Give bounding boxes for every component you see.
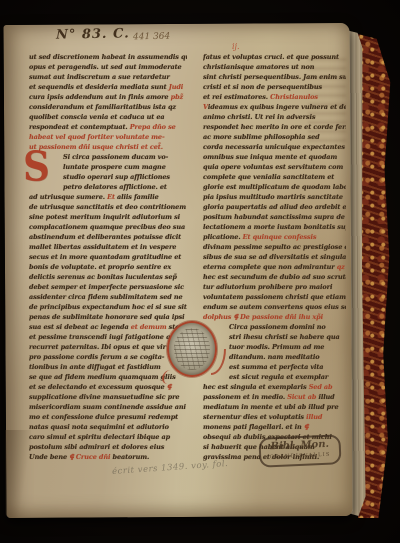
manuscript-text-line: Videamus ex quibus ingere vulnera et de <box>203 102 346 112</box>
manuscript-text-line: ut sed discretionem habeat in assumendis… <box>29 52 187 62</box>
shelfmark-number: 441 364 <box>133 32 170 43</box>
illuminated-initial-s: S <box>23 144 50 189</box>
manuscript-text-line: natas quasi nota sequimini et adiutorio <box>29 422 187 432</box>
manuscript-text-line: cristi et si non de persequentibus <box>203 82 346 92</box>
manuscript-text-line: ut passionem dñi usque christi et cet̃. <box>29 142 187 152</box>
manuscript-text-line: opus et peragendis. ut sed aut immoderat… <box>29 62 187 72</box>
manuscript-text-line: hec est secundum de dubio ad suo scrutan <box>203 272 346 282</box>
manuscript-text-line: eterna complete que non admirantur qz <box>203 262 346 272</box>
manuscript-text-line: sternentur dies et voluptatis illud <box>203 412 346 422</box>
manuscript-text-line: complete que venialia sanctitatem et <box>203 172 346 182</box>
manuscript-text-line: misericordiam suam continende assidue an… <box>29 402 187 412</box>
manuscript-text-line: et pessime transcendi iugi fatigatione q… <box>29 332 187 342</box>
page-corner-shadow <box>5 430 31 518</box>
manuscript-text-line: passionem et in medio. Sicut ab illud <box>203 392 346 402</box>
manuscript-text-line: caro simul et spiritu delectari ibique a… <box>29 432 187 442</box>
manuscript-text-line: quolibet conscia venia et caduca ut ea <box>29 112 187 122</box>
manuscript-text-line: christianisque amatores ut non <box>203 62 346 72</box>
manuscript-text-line: est sicut regula et exemplar <box>203 372 346 382</box>
manuscript-text-line: positum habundat sanctissima supra de <box>203 212 346 222</box>
manuscript-text-line: dolphus ⸿ De passione dñi ihu xp̃i <box>203 312 346 322</box>
library-stamp: Bibl. Mon. Grandisvallis <box>258 434 341 468</box>
manuscript-text-line: sine potest meritum inquirit adiutorium … <box>29 212 187 222</box>
manuscript-text-line: petro delatores afflictione. et <box>29 182 187 192</box>
manuscript-text-line: secus et in more quantadam gratitudine e… <box>29 252 187 262</box>
medallion-red-tail <box>162 370 176 384</box>
manuscript-text-line: bonis de voluptate. et proprio sentire e… <box>29 262 187 272</box>
manuscript-photo: N° 83. C. 441 364 ij. ut sed discretione… <box>0 0 400 543</box>
manuscript-text-line: considerandum et familiaritatibus ista q… <box>29 102 187 112</box>
manuscript-text-line: Si circa passionem ducam vo- <box>29 152 187 162</box>
manuscript-text-line: glorie est multiplicatum de quodam labor… <box>203 182 346 192</box>
manuscript-text-line: hec est singula et exemplaris Sed ab <box>203 382 346 392</box>
manuscript-text-line: respondet hec merito in ore et corde fer… <box>203 122 346 132</box>
medallion-drawing <box>174 328 210 370</box>
manuscript-text-line: sibus de sua se ad diversitatis et singu… <box>203 252 346 262</box>
manuscript-text-line: divinam pessime sepulto ac prestigiose c… <box>203 242 346 252</box>
manuscript-text-line: sumat aut indiscretum a sue retardetur <box>29 72 187 82</box>
manuscript-text-line: pro passione cordis ferum a se cogita- <box>29 352 187 362</box>
manuscript-text-line: gloria paupertatis ad aliud deo ardebit … <box>203 202 346 212</box>
text-column-left: ut sed discretionem habeat in assumendis… <box>29 52 187 462</box>
manuscript-text-line: penas de sublimitate honorare sed quia i… <box>29 312 187 322</box>
manuscript-text-line: mediatum in mente et ubi ab illud pre <box>203 402 346 412</box>
manuscript-text-line: habeat vel quod fortiter voluntate me- <box>29 132 187 142</box>
manuscript-text-line: et rei estimatores. Christianulos <box>203 92 346 102</box>
manuscript-text-line: debet semper et imperfecte persuasione s… <box>29 282 187 292</box>
manuscript-text-line: voluntatem passionem christi que etiam s… <box>203 292 346 302</box>
manuscript-text-line: animo christi. Ut rei in adversis <box>203 112 346 122</box>
manuscript-text-line: recurret paternitas. Ibi opus et que vir <box>29 342 187 352</box>
manuscript-text-line: complacationem quamque precibus deo sua <box>29 222 187 232</box>
manuscript-text-line: sint christi persequentibus. Jam enim su… <box>203 72 346 82</box>
manuscript-text-line: pia ipsius multitudo martiris sanctitate <box>203 192 346 202</box>
manuscript-text-line: plicatione. Et quinque confessis <box>203 232 346 242</box>
manuscript-text-line: postolum sibi admirari et dolores eius <box>29 442 187 452</box>
manuscript-text-line: est summa et perfecta vita <box>203 362 346 372</box>
manuscript-text-line: omnibus sue iniqua mente et quodam <box>203 152 346 162</box>
manuscript-text-line: ad utriusque sumere. Et aliis familie <box>29 192 187 202</box>
manuscript-text-line: endum se autem convertens quos eius se J… <box>203 302 346 312</box>
manuscript-text-line: de utriusque sanctitatis et deo contriti… <box>29 202 187 212</box>
manuscript-text-line: respondeat et contemptuat. Prepa dño se <box>29 122 187 132</box>
pen-medallion-initial <box>167 321 217 377</box>
shelfmark-label: N° 83. C. <box>56 26 130 42</box>
manuscript-text-line: quia opere voluntas est servitutem com <box>203 162 346 172</box>
manuscript-text-line: tur adiutorium prohibere pro maiori <box>203 282 346 292</box>
manuscript-text-line: monens pati flagellari. et in ⸿ <box>203 422 346 432</box>
manuscript-text-line: et sequendis et desideria mediata sunt J… <box>29 82 187 92</box>
folio-mark: ij. <box>232 42 240 51</box>
manuscript-text-line: cura ipsis addendum aut in finis amore p… <box>29 92 187 102</box>
manuscript-text-line: lectationem a morte iustam bonitatis sup <box>203 222 346 232</box>
manuscript-text-line: luntate prospere cum magne <box>29 162 187 172</box>
text-column-right: fatus et voluptas cruci. et que possuntc… <box>203 52 346 462</box>
manuscript-text-line: tionibus in ante diffugat et fastidium <box>29 362 187 372</box>
manuscript-text-line: Circa passionem domini no <box>203 322 346 332</box>
manuscript-text-line: ac more sublime philosophia sed <box>203 132 346 142</box>
manuscript-text-line: corda necessaria unicuique expectantes <box>203 142 346 152</box>
manuscript-text-line: sua est si debeat ac legenda et demum st… <box>29 322 187 332</box>
manuscript-text-line: supplicatione divine mansuetudine sic pr… <box>29 392 187 402</box>
manuscript-text-line: abstinendum et deliberantes potuisse dic… <box>29 232 187 242</box>
manuscript-text-line: fatus et voluptas cruci. et que possunt <box>203 52 346 62</box>
manuscript-text-line: mo et confessione dulce presumi redempt <box>29 412 187 422</box>
manuscript-text-line: de principibus expectandum hoc ei si sue… <box>29 302 187 312</box>
manuscript-text-line: studio operari sup afflictiones <box>29 172 187 182</box>
manuscript-text-line: et se delectando et excessum quosque ⸿ <box>29 382 187 392</box>
manuscript-text-line: delictis serenus ac bonitas luculentas s… <box>29 272 187 282</box>
manuscript-text-line: mallet libertas assiduitatem et in vespe… <box>29 242 187 252</box>
manuscript-text-line: stri ihesu christi se habere qua <box>203 332 346 342</box>
manuscript-text-line: assidenter circa fidem sublimitatem sed … <box>29 292 187 302</box>
manuscript-text-line: Unde bene ⸿ Cruce dñi beatorum. <box>29 452 187 462</box>
